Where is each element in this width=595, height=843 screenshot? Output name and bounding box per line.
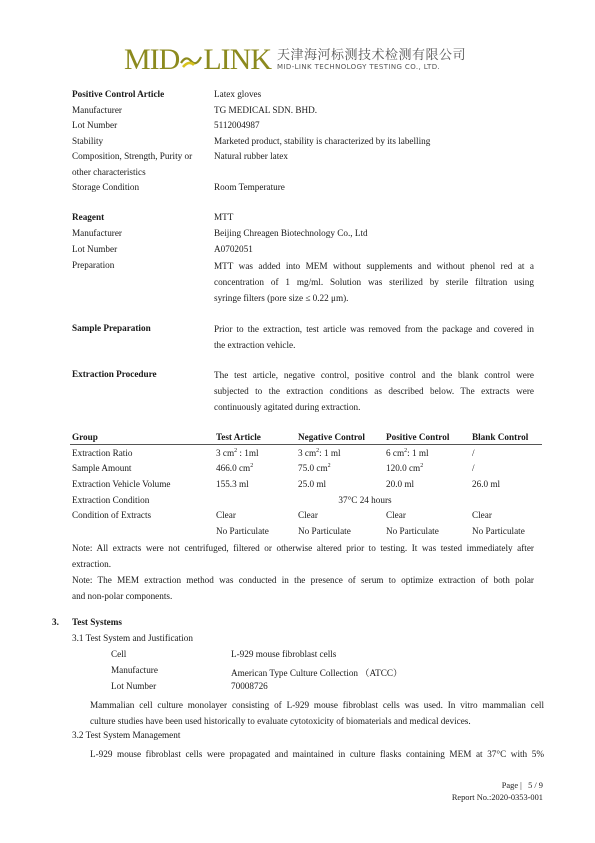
text-line: MTT was added into MEM without supplemen… <box>214 258 534 274</box>
info-value: Natural rubber latex <box>214 149 288 164</box>
info-label: Lot Number <box>72 118 117 133</box>
table-cell: No Particulate <box>296 523 384 539</box>
table-cell: 26.0 ml <box>470 476 542 492</box>
subsection-title-3-1: 3.1 Test System and Justification <box>72 633 193 643</box>
report-number: Report No.:2020-0353-001 <box>452 792 543 804</box>
table-header-row: Group Test Article Negative Control Posi… <box>70 430 542 445</box>
table-cell: 37°C 24 hours <box>214 492 542 508</box>
info-label: other characteristics <box>72 165 146 180</box>
info-label: Preparation <box>72 258 114 273</box>
test-system-justification-text: Mammalian cell culture monolayer consist… <box>90 697 544 729</box>
sample-preparation-text: Prior to the extraction, test article wa… <box>214 321 534 353</box>
info-label: Cell <box>111 649 126 659</box>
section-label: Positive Control Article <box>72 87 164 102</box>
table-cell <box>70 523 214 539</box>
table-cell: Extraction Vehicle Volume <box>70 476 214 492</box>
info-label: Lot Number <box>111 681 156 691</box>
column-header: Test Article <box>214 430 296 445</box>
extraction-procedure-text: The test article, negative control, posi… <box>214 367 534 415</box>
table-cell: 3 cm2 : 1ml <box>214 445 296 461</box>
logo-wave-icon <box>180 49 202 71</box>
text-line: Note: The MEM extraction method was cond… <box>72 572 534 588</box>
company-name-en: MID-LINK TECHNOLOGY TESTING CO., LTD. <box>277 63 466 72</box>
text-line: culture studies have been used historica… <box>90 716 471 726</box>
company-logo: MID LINK 天津海河标测技术检测有限公司 MID-LINK TECHNOL… <box>124 44 466 76</box>
page-number: Page | 5 / 9 <box>452 780 543 792</box>
info-value: Marketed product, stability is character… <box>214 134 430 149</box>
section-title: Test Systems <box>72 617 122 627</box>
table-row: No Particulate No Particulate No Particu… <box>70 523 542 539</box>
table-cell: Clear <box>214 507 296 523</box>
table-cell: Clear <box>296 507 384 523</box>
table-cell: 20.0 ml <box>384 476 470 492</box>
text-line: syringe filters (pore size ≤ 0.22 μm). <box>214 290 534 306</box>
info-label: Composition, Strength, Purity or <box>72 149 192 164</box>
info-value: A0702051 <box>214 242 253 257</box>
table-cell: / <box>470 461 542 477</box>
column-header: Positive Control <box>384 430 470 445</box>
table-cell: No Particulate <box>384 523 470 539</box>
info-label: Manufacturer <box>72 103 122 118</box>
section-label: Reagent <box>72 210 104 225</box>
logo-text-link: LINK <box>203 45 271 75</box>
table-cell: 466.0 cm2 <box>214 461 296 477</box>
info-value: 70008726 <box>231 681 268 691</box>
table-cell: 75.0 cm2 <box>296 461 384 477</box>
column-header: Negative Control <box>296 430 384 445</box>
info-value: TG MEDICAL SDN. BHD. <box>214 103 317 118</box>
info-label: Manufacture <box>111 665 158 675</box>
table-row: Condition of Extracts Clear Clear Clear … <box>70 507 542 523</box>
subsection-title-3-2: 3.2 Test System Management <box>72 730 180 740</box>
table-cell: Sample Amount <box>70 461 214 477</box>
table-cell: Extraction Ratio <box>70 445 214 461</box>
table-cell: / <box>470 445 542 461</box>
test-system-management-text: L-929 mouse fibroblast cells were propag… <box>90 746 544 762</box>
table-row: Extraction Ratio 3 cm2 : 1ml 3 cm2: 1 ml… <box>70 445 542 461</box>
info-label: Manufacturer <box>72 226 122 241</box>
text-line: continuously agitated during extraction. <box>214 399 534 415</box>
table-cell: Clear <box>384 507 470 523</box>
note-1: Note: All extracts were not centrifuged,… <box>72 540 534 572</box>
info-value: Room Temperature <box>214 180 285 195</box>
table-row: Extraction Condition 37°C 24 hours <box>70 492 542 508</box>
table-cell: 3 cm2: 1 ml <box>296 445 384 461</box>
table-cell: Clear <box>470 507 542 523</box>
table-cell: Extraction Condition <box>70 492 214 508</box>
section-label: Extraction Procedure <box>72 367 157 382</box>
info-value: L-929 mouse fibroblast cells <box>231 649 336 659</box>
table-cell: No Particulate <box>470 523 542 539</box>
note-2: Note: The MEM extraction method was cond… <box>72 572 534 604</box>
company-name-cn: 天津海河标测技术检测有限公司 <box>277 48 466 63</box>
logo-wordmark: MID LINK <box>124 45 271 75</box>
table-cell: No Particulate <box>214 523 296 539</box>
info-label: Storage Condition <box>72 180 139 195</box>
column-header: Group <box>70 430 214 445</box>
section-number: 3. <box>52 617 59 627</box>
table-row: Sample Amount 466.0 cm2 75.0 cm2 120.0 c… <box>70 461 542 477</box>
text-line: Prior to the extraction, test article wa… <box>214 321 534 337</box>
page-footer: Page | 5 / 9 Report No.:2020-0353-001 <box>452 780 543 804</box>
text-line: subjected to the extraction conditions a… <box>214 383 534 399</box>
extraction-table: Group Test Article Negative Control Posi… <box>70 430 542 539</box>
logo-text-mid: MID <box>124 45 179 75</box>
info-label: Stability <box>72 134 103 149</box>
section-label: Sample Preparation <box>72 321 151 336</box>
table-row: Extraction Vehicle Volume 155.3 ml 25.0 … <box>70 476 542 492</box>
info-value: Beijing Chreagen Biotechnology Co., Ltd <box>214 226 368 241</box>
section-value: Latex gloves <box>214 87 261 102</box>
info-value: 5112004987 <box>214 118 260 133</box>
text-line: and non-polar components. <box>72 591 172 601</box>
table-cell: Condition of Extracts <box>70 507 214 523</box>
text-line: The test article, negative control, posi… <box>214 367 534 383</box>
info-label: Lot Number <box>72 242 117 257</box>
column-header: Blank Control <box>470 430 542 445</box>
page-value: 5 / 9 <box>528 781 543 790</box>
table-cell: 25.0 ml <box>296 476 384 492</box>
info-value: American Type Culture Collection （ATCC） <box>231 665 402 679</box>
table-cell: 155.3 ml <box>214 476 296 492</box>
section-value: MTT <box>214 210 233 225</box>
text-line: Note: All extracts were not centrifuged,… <box>72 540 534 556</box>
text-line: Mammalian cell culture monolayer consist… <box>90 697 544 713</box>
text-line: concentration of 1 mg/ml. Solution was s… <box>214 274 534 290</box>
table-cell: 120.0 cm2 <box>384 461 470 477</box>
text-line: extraction. <box>72 559 111 569</box>
table-cell: 6 cm2: 1 ml <box>384 445 470 461</box>
text-line: L-929 mouse fibroblast cells were propag… <box>90 746 544 762</box>
text-line: the extraction vehicle. <box>214 337 534 353</box>
page-label: Page | <box>502 781 522 790</box>
preparation-text: MTT was added into MEM without supplemen… <box>214 258 534 306</box>
